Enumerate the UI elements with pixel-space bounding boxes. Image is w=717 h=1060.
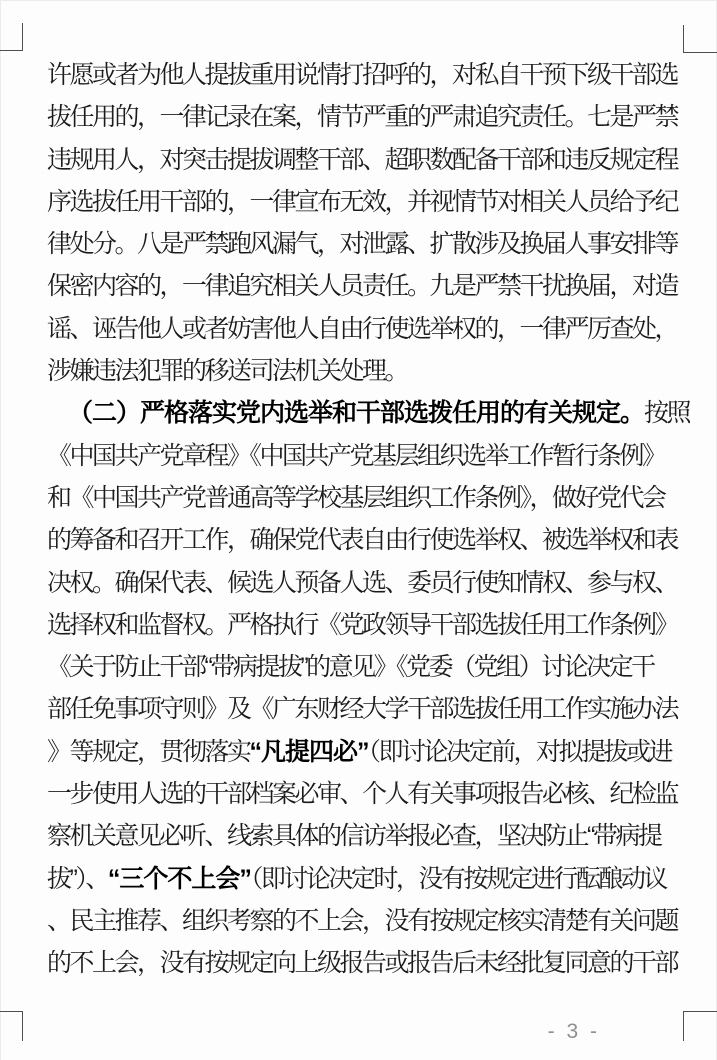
text-segment: 的筹备和召开工作，确保党代表自由行使选举权、被选举权和表	[47, 526, 677, 554]
text-segment: 序选拔任用干部的，一律宣布无效，并视情节对相关人员给予纪	[47, 188, 677, 216]
text-segment: 拔任用的，一律记录在案，情节严重的严肃追究责任。七是严禁	[47, 103, 677, 131]
text-line: 选择权和监督权。严格执行《党政领导干部选拔任用工作条例》	[47, 604, 677, 646]
document-body: 许愿或者为他人提拔重用说情打招呼的，对私自干预下级干部选拔任用的，一律记录在案，…	[47, 54, 677, 985]
text-line: 拔任用的，一律记录在案，情节严重的严肃追究责任。七是严禁	[47, 96, 677, 138]
text-line: 谣、诬告他人或者妨害他人自由行使选举权的，一律严厉查处，	[47, 308, 677, 350]
text-line: 《中国共产党章程》《中国共产党基层组织选举工作暂行条例》	[47, 435, 677, 477]
text-line: 和《中国共产党普通高等学校基层组织工作条例》，做好党代会	[47, 477, 677, 519]
text-segment: （即讨论决定时，没有按规定进行酝酿动议	[251, 865, 666, 893]
page-number: - 3 -	[548, 1018, 600, 1046]
text-segment: 违规用人，对突击提拔调整干部、超职数配备干部和违反规定程	[47, 146, 677, 174]
text-segment: 许愿或者为他人提拔重用说情打招呼的，对私自干预下级干部选	[47, 61, 677, 89]
crop-mark-top-left	[0, 23, 23, 51]
text-segment: 选择权和监督权。严格执行《党政领导干部选拔任用工作条例》	[47, 611, 677, 639]
bold-text-segment: （二）严格落实党内选举和干部选拨任用的有关规定。	[68, 399, 644, 427]
text-line: 一步使用人选的干部档案必审、个人有关事项报告必核、纪检监	[47, 773, 677, 815]
crop-mark-bottom-right	[683, 1011, 717, 1041]
text-line: 、民主推荐、组织考察的不上会，没有按规定核实清楚有关问题	[47, 900, 677, 942]
text-line: 》等规定，贯彻落实“凡提四必”（即讨论决定前，对拟提拔或进	[47, 731, 677, 773]
text-line: 部任免事项守则》及《广东财经大学干部选拔任用工作实施办法	[47, 688, 677, 730]
text-line: 序选拔任用干部的，一律宣布无效，并视情节对相关人员给予纪	[47, 181, 677, 223]
text-segment: 、民主推荐、组织考察的不上会，没有按规定核实清楚有关问题	[47, 907, 677, 935]
text-line: 保密内容的，一律追究相关人员责任。九是严禁干扰换届，对造	[47, 265, 677, 307]
text-segment: 律处分。八是严禁跑风漏气，对泄露、扩散涉及换届人事安排等	[47, 230, 677, 258]
crop-mark-top-right	[683, 25, 717, 53]
text-line: 许愿或者为他人提拔重用说情打招呼的，对私自干预下级干部选	[47, 54, 677, 96]
text-line: 律处分。八是严禁跑风漏气，对泄露、扩散涉及换届人事安排等	[47, 223, 677, 265]
text-segment: 部任免事项守则》及《广东财经大学干部选拔任用工作实施办法	[47, 695, 677, 723]
text-line: 的筹备和召开工作，确保党代表自由行使选举权、被选举权和表	[47, 519, 677, 561]
text-segment: 和《中国共产党普通高等学校基层组织工作条例》，做好党代会	[47, 484, 665, 512]
text-line: 决权。确保代表、候选人预备人选、委员行使知情权、参与权、	[47, 562, 677, 604]
text-line: 违规用人，对突击提拔调整干部、超职数配备干部和违反规定程	[47, 139, 677, 181]
text-segment: 一步使用人选的干部档案必审、个人有关事项报告必核、纪检监	[47, 780, 677, 808]
text-line: 涉嫌违法犯罪的移送司法机关处理。	[47, 350, 677, 392]
text-segment: 涉嫌违法犯罪的移送司法机关处理。	[47, 357, 407, 385]
text-segment: 决权。确保代表、候选人预备人选、委员行使知情权、参与权、	[47, 569, 677, 597]
bold-text-segment: “三个不上会”	[108, 865, 251, 893]
text-line: 《关于防止干部“带病提拔”的意见》《党委（党组）讨论决定干	[47, 646, 677, 688]
text-segment: 谣、诬告他人或者妨害他人自由行使选举权的，一律严厉查处，	[47, 315, 677, 343]
text-segment: 拔”）、	[47, 865, 108, 893]
text-line: 察机关意见必听、线索具体的信访举报必查，坚决防止“带病提	[47, 815, 677, 857]
text-segment: 的不上会，没有按规定向上级报告或报告后未经批复同意的干部	[47, 949, 677, 977]
text-line: （二）严格落实党内选举和干部选拨任用的有关规定。按照	[47, 392, 677, 434]
text-segment: 》等规定，贯彻落实	[47, 738, 250, 766]
text-segment: 《中国共产党章程》《中国共产党基层组织选举工作暂行条例》	[47, 442, 665, 470]
document-page: 许愿或者为他人提拔重用说情打招呼的，对私自干预下级干部选拔任用的，一律记录在案，…	[0, 0, 717, 1060]
bold-text-segment: “凡提四必”	[250, 738, 369, 766]
text-segment: 《关于防止干部“带病提拔”的意见》《党委（党组）讨论决定干	[47, 653, 654, 681]
crop-mark-bottom-left	[0, 1011, 23, 1041]
text-segment: 保密内容的，一律追究相关人员责任。九是严禁干扰换届，对造	[47, 272, 677, 300]
text-segment: 察机关意见必听、线索具体的信访举报必查，坚决防止“带病提	[47, 822, 660, 850]
text-segment: （即讨论决定前，对拟提拔或进	[369, 738, 672, 766]
text-segment: 按照	[644, 399, 689, 427]
text-line: 的不上会，没有按规定向上级报告或报告后未经批复同意的干部	[47, 942, 677, 984]
text-line: 拔”）、“三个不上会”（即讨论决定时，没有按规定进行酝酿动议	[47, 858, 677, 900]
